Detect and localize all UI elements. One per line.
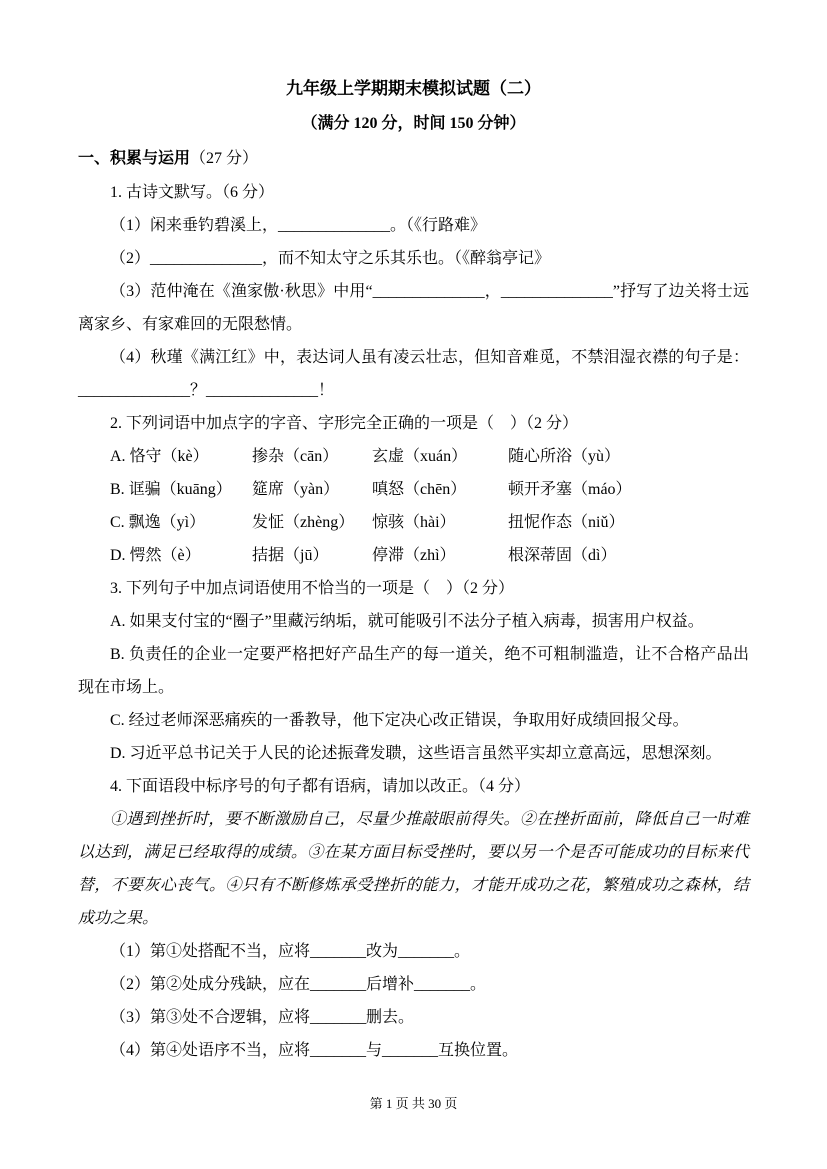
q3-option-b: B. 负责任的企业一定要严格把好产品生产的每一道关，绝不可粗制滥造，让不合格产品…	[78, 638, 749, 704]
q2-option-a-word-4: 随心所浴（yù）	[508, 440, 749, 473]
q2-option-b-word-2: 筵席（yàn）	[252, 473, 372, 506]
q3-option-c: C. 经过老师深恶痛疾的一番教导，他下定决心改正错误，争取用好成绩回报父母。	[78, 704, 749, 737]
q2-option-row-c: C. 飘逸（yì） 发怔（zhèng） 惊骇（hài） 扭怩作态（niǔ）	[78, 506, 749, 539]
q2-option-b-word-4: 顿开矛塞（máo）	[508, 473, 749, 506]
q2-option-b-word-3: 嗔怒（chēn）	[372, 473, 508, 506]
q4-passage: ①遇到挫折时，要不断激励自己，尽量少推敲眼前得失。②在挫折面前，降低自己一时难以…	[78, 803, 749, 935]
q4-item-2: （2）第②处成分残缺，应在_______后增补_______。	[78, 968, 749, 1001]
q1-item-1: （1）闲来垂钓碧溪上，______________。（《行路难》	[78, 209, 749, 242]
q2-option-d-word-4: 根深蒂固（dì）	[508, 539, 749, 572]
q3-option-a: A. 如果支付宝的“圈子”里藏污纳垢，就可能吸引不法分子植入病毒，损害用户权益。	[78, 605, 749, 638]
q4-item-3: （3）第③处不合逻辑，应将_______删去。	[78, 1001, 749, 1034]
q3-stem: 3. 下列句子中加点词语使用不恰当的一项是（ ）（2 分）	[78, 572, 749, 605]
page-subtitle: （满分 120 分，时间 150 分钟）	[78, 106, 749, 141]
q2-option-c-word-1: C. 飘逸（yì）	[110, 506, 252, 539]
exam-page: 九年级上学期期末模拟试题（二） （满分 120 分，时间 150 分钟） 一、积…	[0, 0, 827, 1169]
q2-option-c-word-3: 惊骇（hài）	[372, 506, 508, 539]
q2-option-a-word-3: 玄虚（xuán）	[372, 440, 508, 473]
q2-option-c-word-4: 扭怩作态（niǔ）	[508, 506, 749, 539]
q1-item-4: （4）秋瑾《满江红》中，表达词人虽有凌云壮志，但知音难觅，不禁泪湿衣襟的句子是：…	[78, 341, 749, 407]
q1-stem: 1. 古诗文默写。（6 分）	[78, 176, 749, 209]
q1-item-2: （2）______________，而不知太守之乐其乐也。（《醉翁亭记》	[78, 242, 749, 275]
q2-option-row-a: A. 恪守（kè） 掺杂（cān） 玄虚（xuán） 随心所浴（yù）	[78, 440, 749, 473]
q2-option-row-b: B. 诓骗（kuāng） 筵席（yàn） 嗔怒（chēn） 顿开矛塞（máo）	[78, 473, 749, 506]
q2-option-d-word-2: 拮据（jū）	[252, 539, 372, 572]
q2-option-d-word-3: 停滞（zhì）	[372, 539, 508, 572]
section-heading: 一、积累与运用（27 分）	[78, 141, 749, 176]
q2-option-c-word-2: 发怔（zhèng）	[252, 506, 372, 539]
page-footer: 第 1 页 共 30 页	[0, 1096, 827, 1112]
q4-item-4: （4）第④处语序不当，应将_______与_______互换位置。	[78, 1034, 749, 1067]
q3-option-d: D. 习近平总书记关于人民的论述振聋发聩，这些语言虽然平实却立意高远，思想深刻。	[78, 737, 749, 770]
page-content: 九年级上学期期末模拟试题（二） （满分 120 分，时间 150 分钟） 一、积…	[78, 72, 749, 1067]
q2-option-d-word-1: D. 愕然（è）	[110, 539, 252, 572]
section-heading-title: 一、积累与运用	[78, 150, 190, 167]
q4-stem: 4. 下面语段中标序号的句子都有语病，请加以改正。（4 分）	[78, 770, 749, 803]
q2-stem: 2. 下列词语中加点字的字音、字形完全正确的一项是（ ）（2 分）	[78, 407, 749, 440]
q2-option-a-word-1: A. 恪守（kè）	[110, 440, 252, 473]
q2-option-a-word-2: 掺杂（cān）	[252, 440, 372, 473]
q2-option-row-d: D. 愕然（è） 拮据（jū） 停滞（zhì） 根深蒂固（dì）	[78, 539, 749, 572]
page-title: 九年级上学期期末模拟试题（二）	[78, 72, 749, 106]
q4-item-1: （1）第①处搭配不当，应将_______改为_______。	[78, 935, 749, 968]
q2-option-b-word-1: B. 诓骗（kuāng）	[110, 473, 252, 506]
section-heading-score: （27 分）	[190, 150, 258, 167]
q1-item-3: （3）范仲淹在《渔家傲·秋思》中用“______________，_______…	[78, 275, 749, 341]
